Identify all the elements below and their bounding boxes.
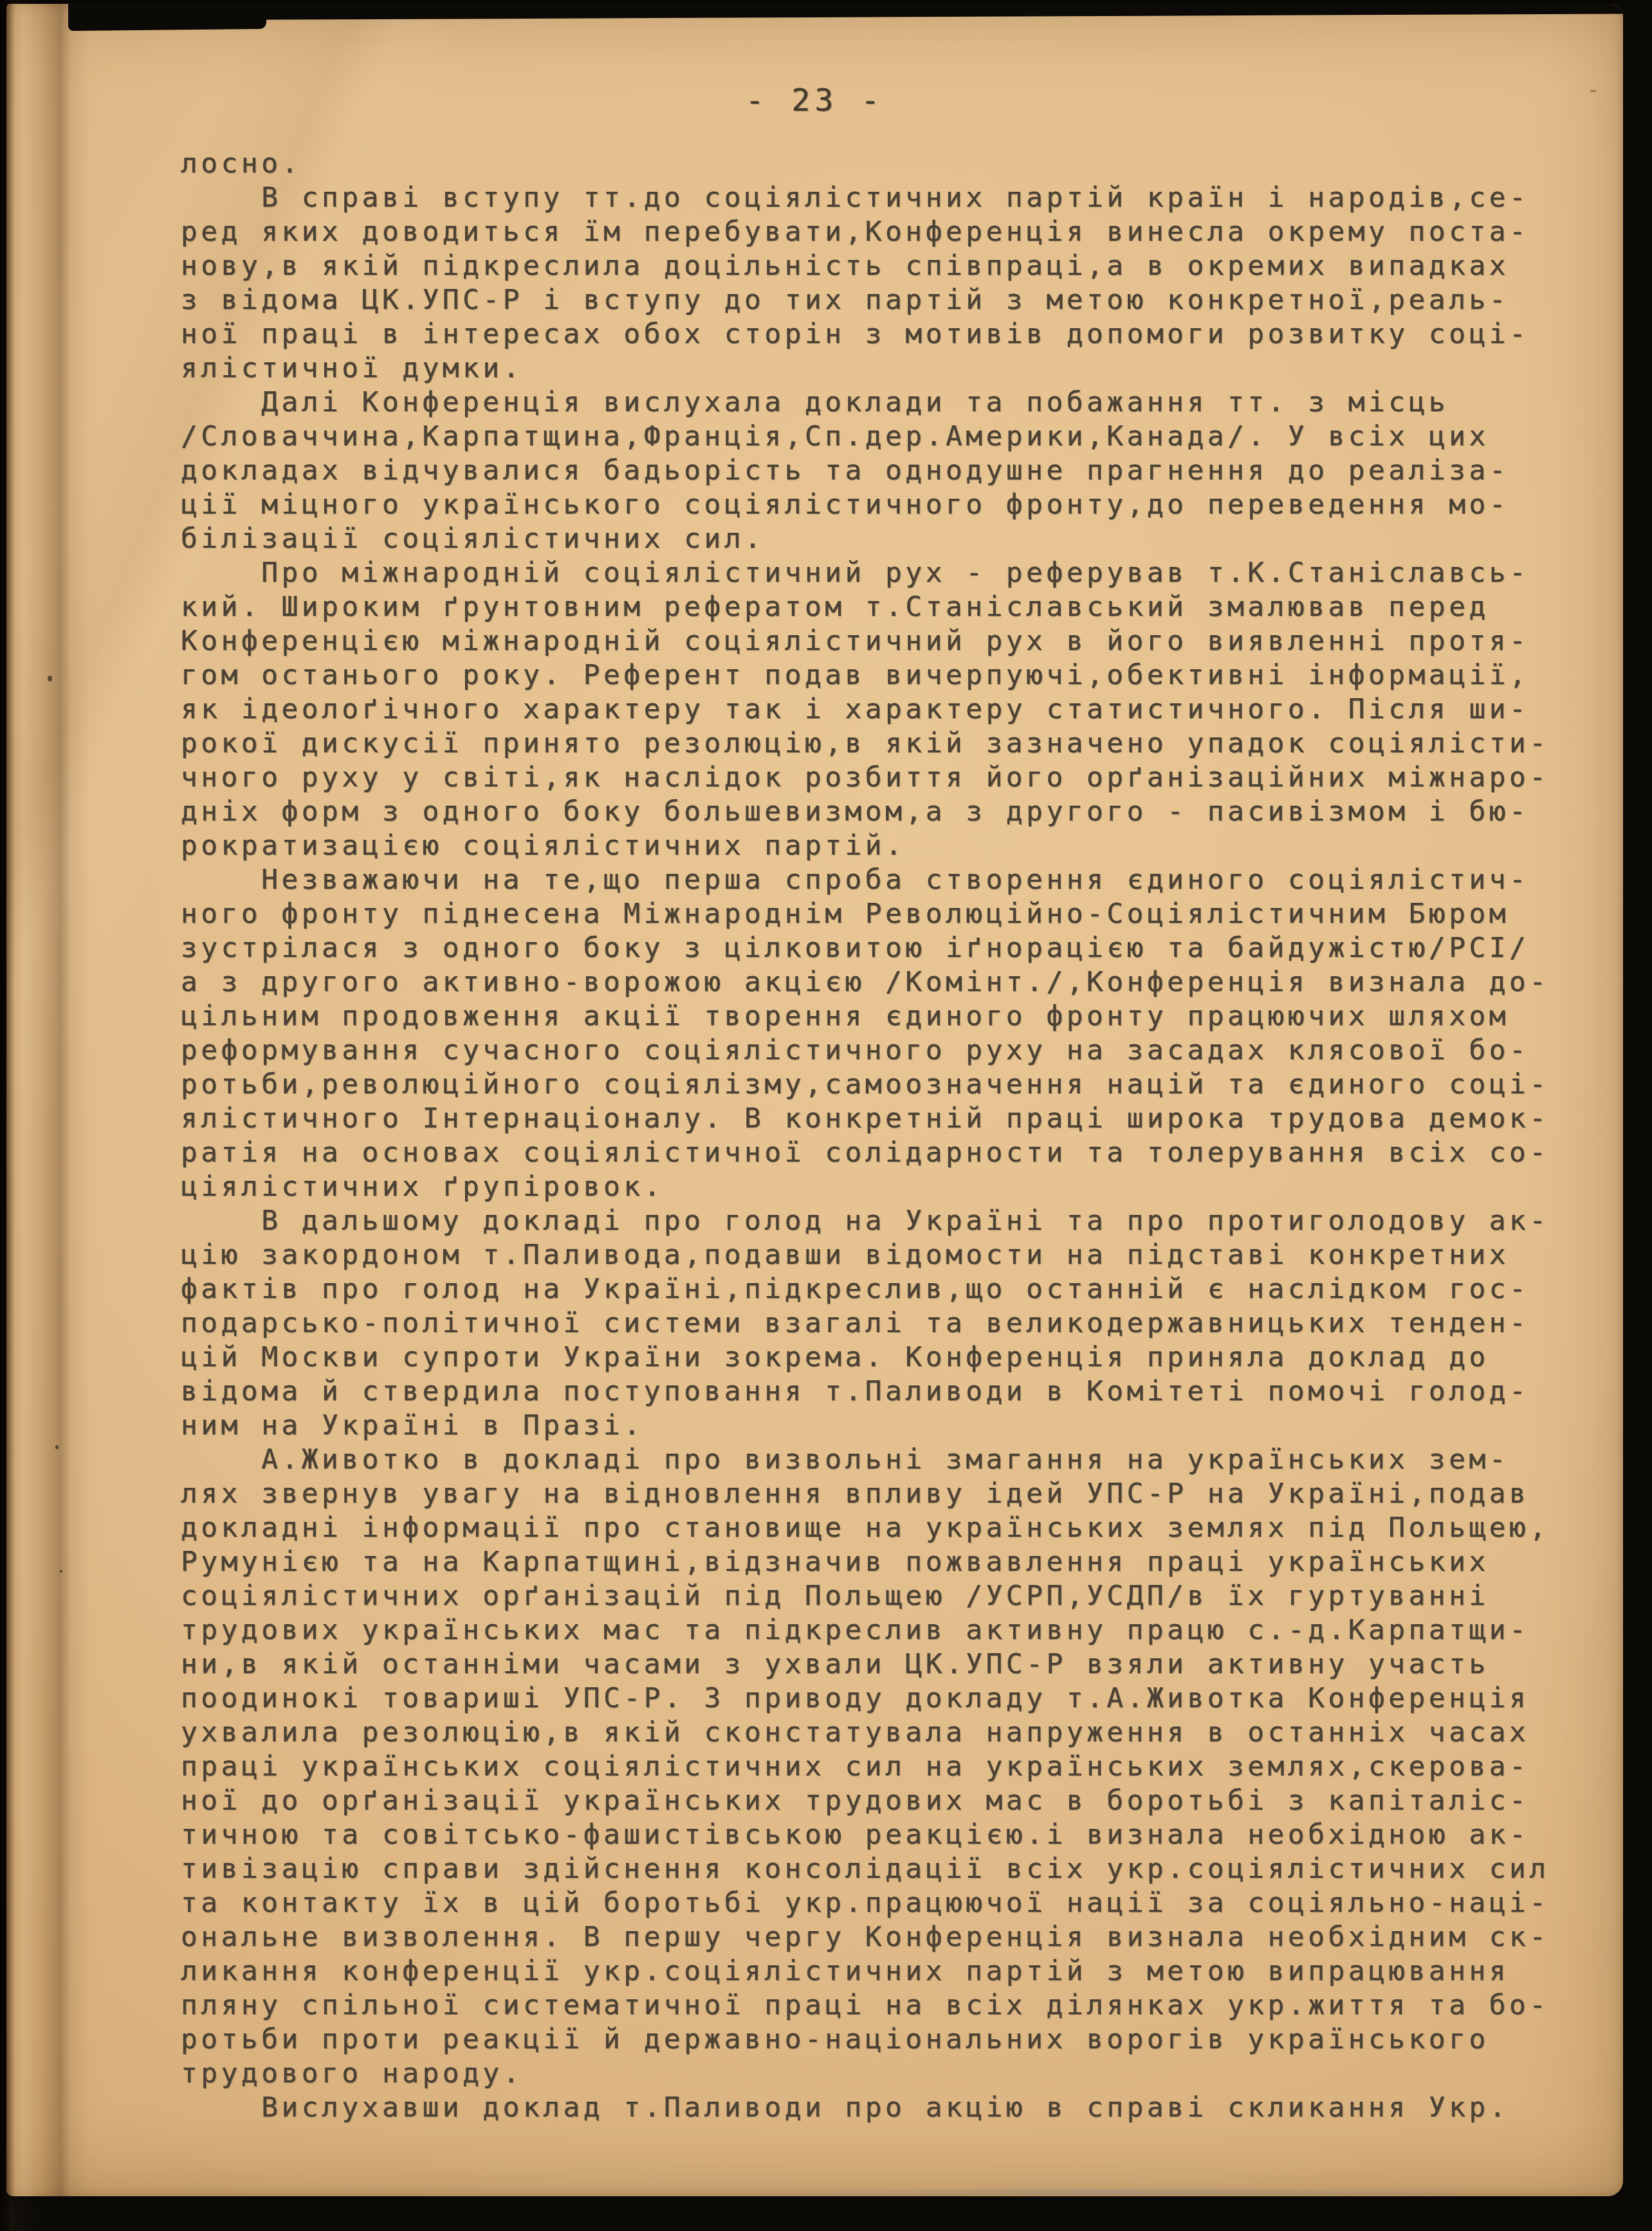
- ink-speck: [1590, 90, 1596, 92]
- typewritten-text: лосно. В справі вступу тт.до соціялістич…: [181, 147, 1550, 2125]
- page-number: - 23 -: [6, 82, 1623, 118]
- ink-speck: [55, 1445, 59, 1449]
- page-bottom-edge-highlight: [750, 2189, 1462, 2195]
- ink-speck: [60, 1570, 62, 1573]
- scan-background: - 23 - лосно. В справі вступу тт.до соці…: [0, 0, 1652, 2231]
- page-gutter-shadow: [6, 4, 90, 2196]
- scan-edge-top-left-block: [68, 4, 266, 31]
- scanned-page: - 23 - лосно. В справі вступу тт.до соці…: [6, 4, 1623, 2196]
- scan-edge-top: [68, 4, 1623, 21]
- ink-speck: [48, 676, 52, 681]
